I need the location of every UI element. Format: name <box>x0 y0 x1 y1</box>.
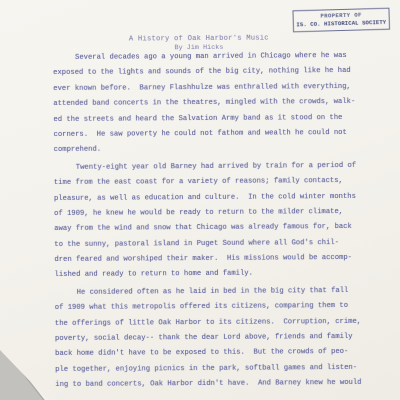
typewritten-body: Several decades ago a young man arrived … <box>53 49 375 394</box>
paragraph: He considered often as he laid in bed in… <box>55 284 376 394</box>
text-line: corners. He saw poverty he could not fat… <box>53 126 373 144</box>
text-line: dren feared and worshiped their maker. H… <box>54 251 374 269</box>
page-content: PROPERTY OF IS. CO. HISTORICAL SOCIETY A… <box>0 0 400 400</box>
text-line: time from the east coast for a variety o… <box>54 174 374 192</box>
text-line: attended band concerts in the theatres, … <box>53 95 373 113</box>
scanned-page: PROPERTY OF IS. CO. HISTORICAL SOCIETY A… <box>0 0 400 400</box>
text-line: comprehend. <box>54 141 374 159</box>
paragraph: Several decades ago a young man arrived … <box>53 49 374 159</box>
text-line: ing to band concerts, Oak Harbor didn't … <box>55 376 375 394</box>
text-line: away from the wind and snow that Chicago… <box>54 220 374 238</box>
ownership-stamp: PROPERTY OF IS. CO. HISTORICAL SOCIETY <box>292 8 390 33</box>
text-line: lished and ready to return to home and f… <box>54 266 374 284</box>
text-line: of 1909 what this metropolis offered its… <box>55 299 375 317</box>
stamp-line-society: IS. CO. HISTORICAL SOCIETY <box>296 19 387 29</box>
paragraph: Twenty-eight year old Barney had arrived… <box>54 159 375 284</box>
